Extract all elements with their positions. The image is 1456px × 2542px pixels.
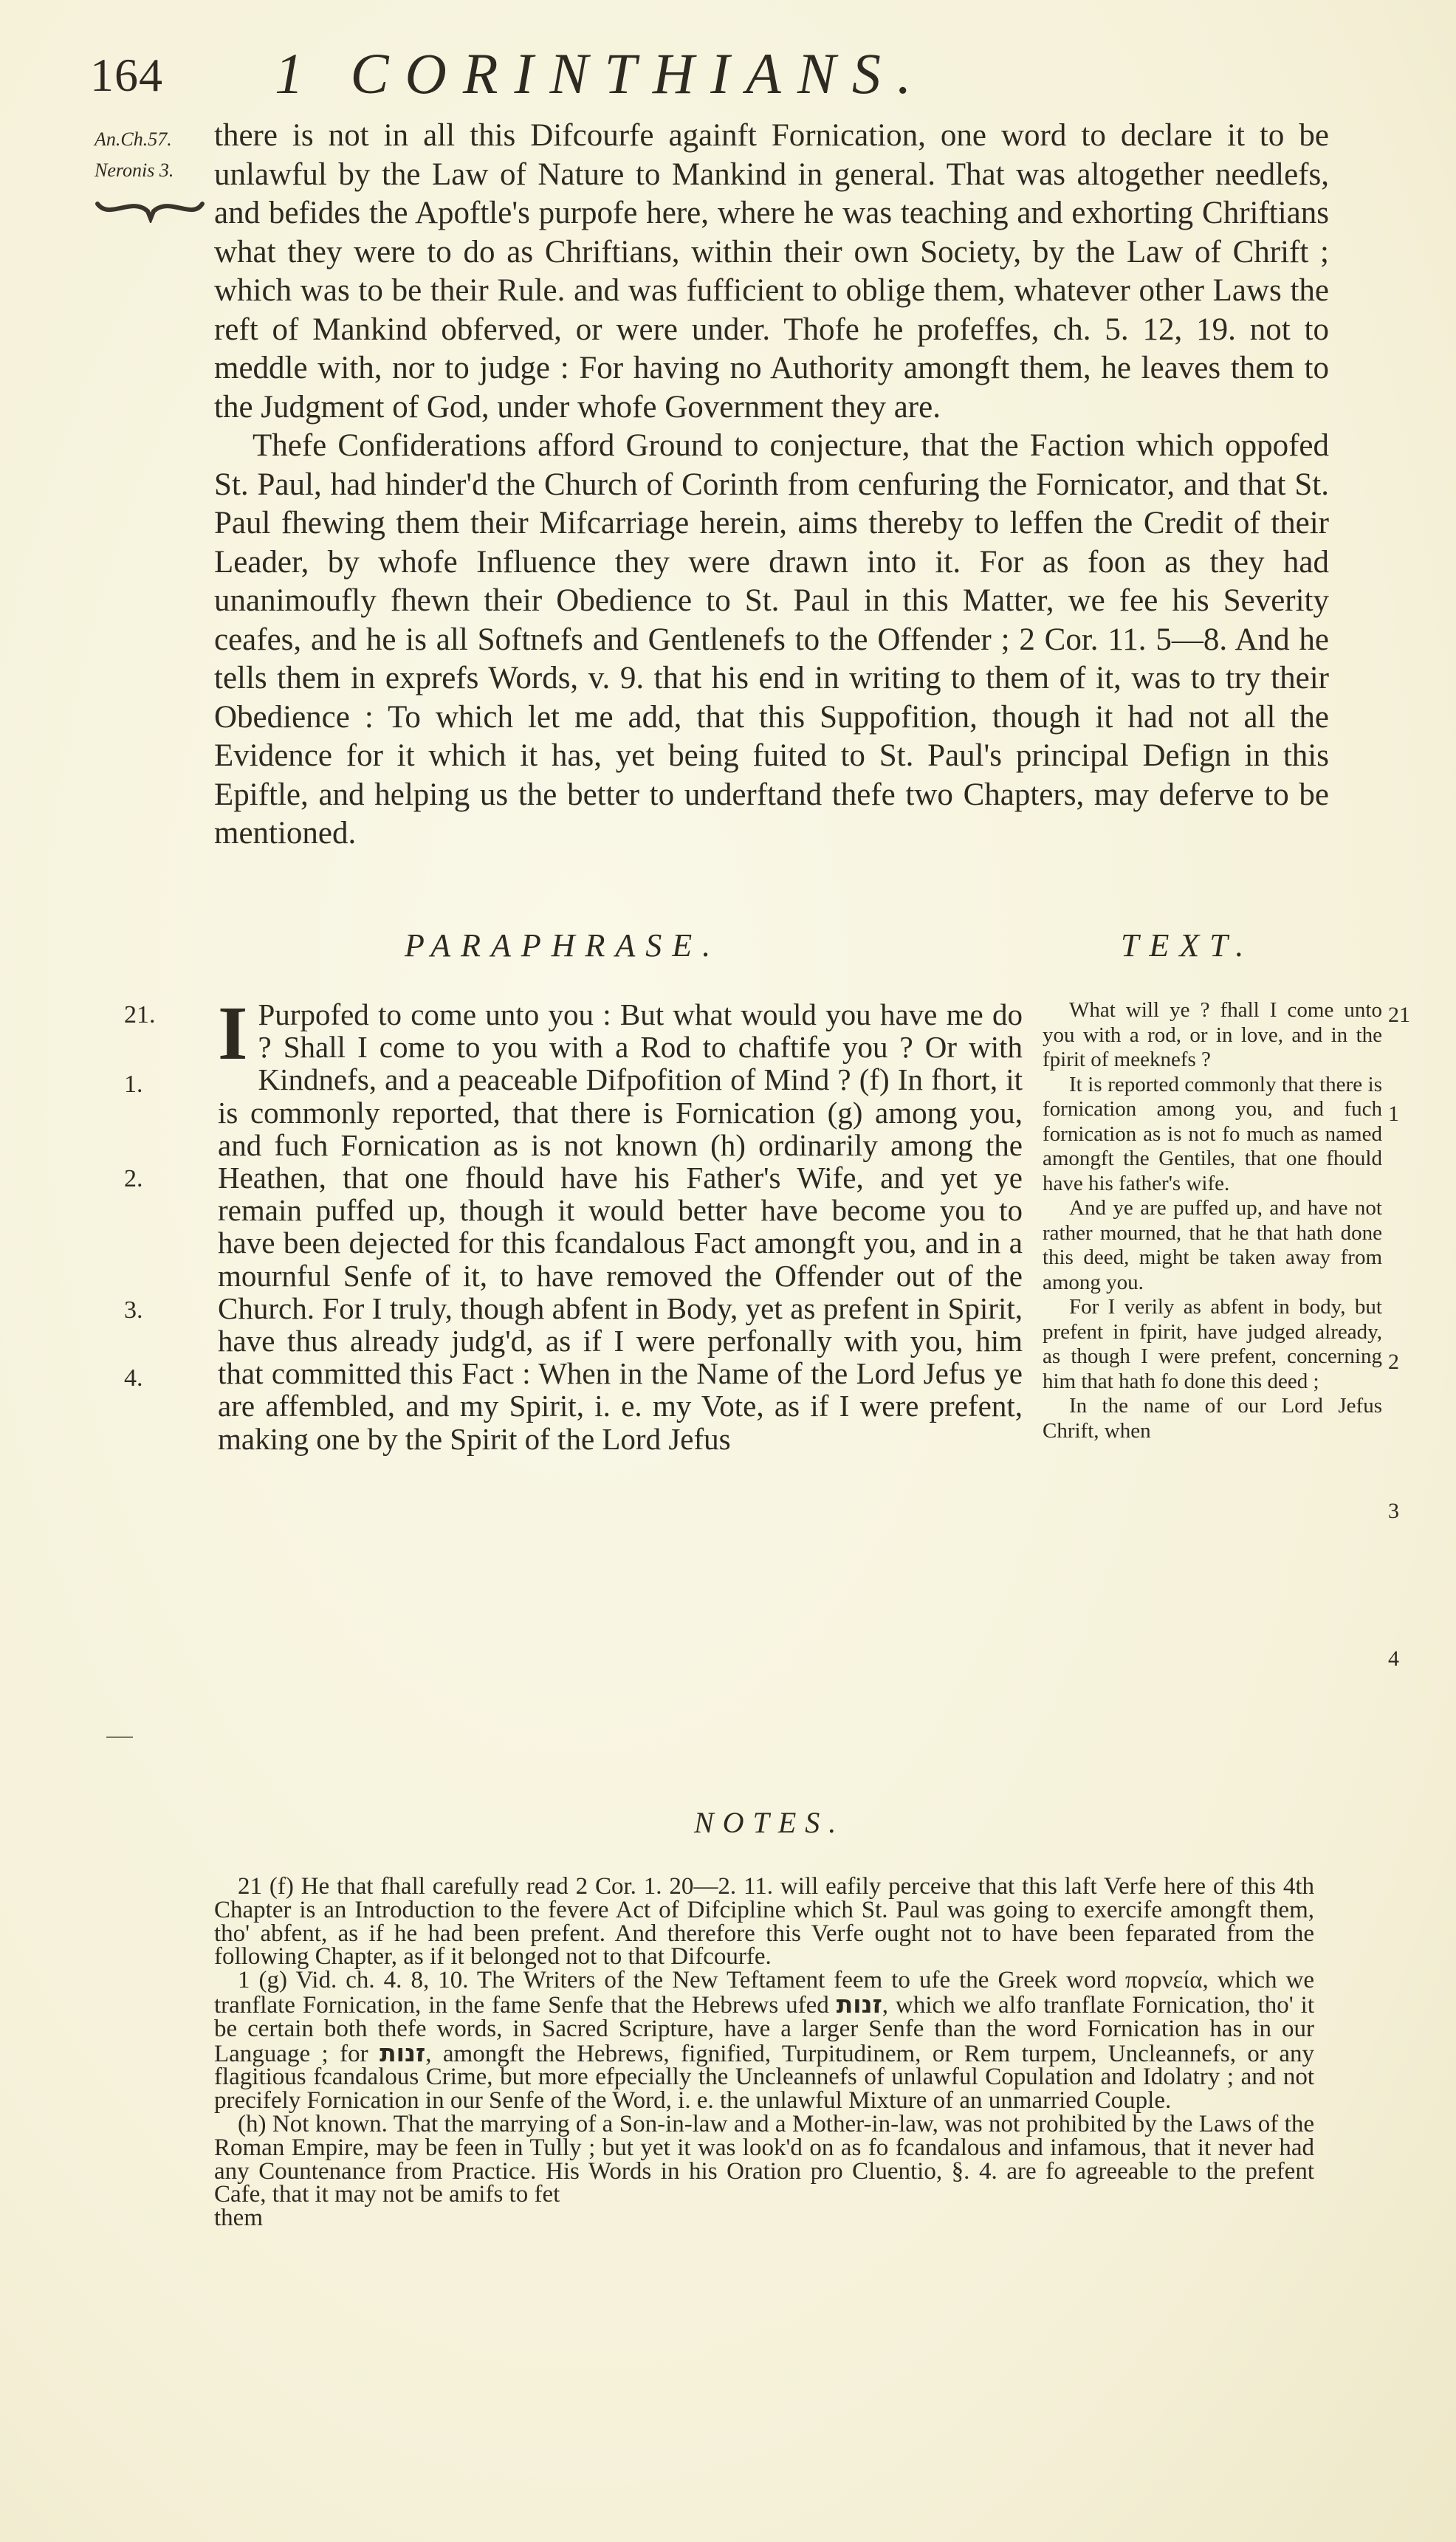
scripture-verse: In the name of our Lord Jefus Chrift, wh… (1043, 1394, 1382, 1443)
paraphrase-column: I Purpofed to come unto you : But what w… (218, 998, 1023, 1455)
hebrew-word: זנות (380, 2038, 425, 2067)
text-verse-number: 1 (1388, 1102, 1399, 1127)
scripture-verse: It is reported commonly that there is fo… (1043, 1073, 1382, 1197)
text-verse-number: 2 (1388, 1350, 1399, 1375)
note-1g: 1 (g) Vid. ch. 4. 8, 10. The Writers of … (214, 1969, 1314, 2113)
text-heading: TEXT. (1121, 927, 1254, 964)
note-21f: 21 (f) He that fhall carefully read 2 Co… (214, 1875, 1314, 1969)
text-verse-number: 3 (1388, 1499, 1399, 1524)
divider-rule (106, 1737, 133, 1738)
notes-heading: NOTES. (694, 1805, 845, 1840)
intro-text: there is not in all this Difcourfe again… (214, 117, 1329, 853)
verse-number: 3. (124, 1296, 143, 1325)
scripture-verse: And ye are puffed up, and have not rathe… (1043, 1196, 1382, 1295)
notes-section: 21 (f) He that fhall carefully read 2 Co… (214, 1875, 1314, 2230)
book-title: 1 CORINTHIANS. (275, 41, 927, 107)
catchword: them (214, 2207, 1314, 2230)
brace-ornament-icon (95, 193, 205, 223)
margin-date-note: An.Ch.57. Neronis 3. (95, 124, 220, 186)
text-verse-number: 21 (1388, 1003, 1410, 1028)
drop-cap: I (218, 1001, 247, 1066)
hebrew-word: זנות (837, 1990, 882, 2019)
text-verse-number: 4 (1388, 1646, 1399, 1672)
scripture-text-column: What will ye ? fhall I come unto you wit… (1043, 998, 1382, 1443)
paraphrase-heading: PARAPHRASE. (405, 927, 721, 964)
verse-number: 21. (124, 1001, 156, 1029)
margin-reign: Neronis 3. (95, 159, 174, 181)
scripture-verse: For I verily as abfent in body, but pref… (1043, 1295, 1382, 1394)
paraphrase-body: Purpofed to come unto you : But what wou… (218, 997, 1023, 1456)
page-number: 164 (90, 48, 163, 103)
margin-year: An.Ch.57. (95, 128, 172, 150)
scripture-verse: What will ye ? fhall I come unto you wit… (1043, 998, 1382, 1073)
book-page: 164 1 CORINTHIANS. An.Ch.57. Neronis 3. … (0, 0, 1456, 2542)
verse-number: 4. (124, 1364, 143, 1392)
intro-paragraph-1: there is not in all this Difcourfe again… (214, 117, 1329, 427)
note-h: (h) Not known. That the marrying of a So… (214, 2113, 1314, 2207)
verse-number: 2. (124, 1165, 143, 1193)
verse-number: 1. (124, 1071, 143, 1099)
intro-paragraph-2: Thefe Confiderations afford Ground to co… (214, 427, 1329, 853)
